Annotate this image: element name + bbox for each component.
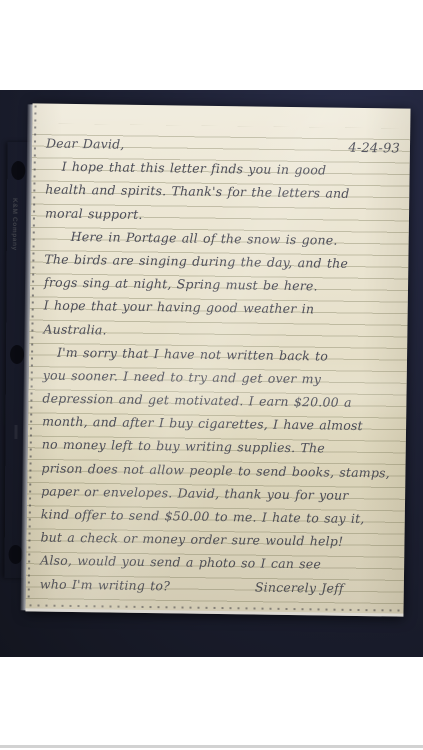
binder-strip-mark (14, 425, 17, 439)
letter-line: who I'm writing to? (40, 578, 171, 603)
letter-photo: K&M Company Dear David, 4-24-93 I hope t… (0, 90, 423, 657)
sheet-protector: Dear David, 4-24-93 I hope that this let… (25, 103, 410, 616)
binder-hole (11, 161, 25, 180)
letter-text: Dear David, 4-24-93 I hope that this let… (40, 138, 402, 607)
bottom-divider (0, 745, 423, 748)
signature: Sincerely Jeff (255, 581, 396, 606)
page: K&M Company Dear David, 4-24-93 I hope t… (0, 0, 423, 750)
letter-date: 4-24-93 (348, 142, 402, 156)
letter-closing-row: who I'm writing to? Sincerely Jeff (40, 578, 396, 606)
binder-strip-label: K&M Company (11, 198, 18, 251)
salutation: Dear David, (46, 138, 125, 152)
binder-hole (10, 345, 24, 364)
